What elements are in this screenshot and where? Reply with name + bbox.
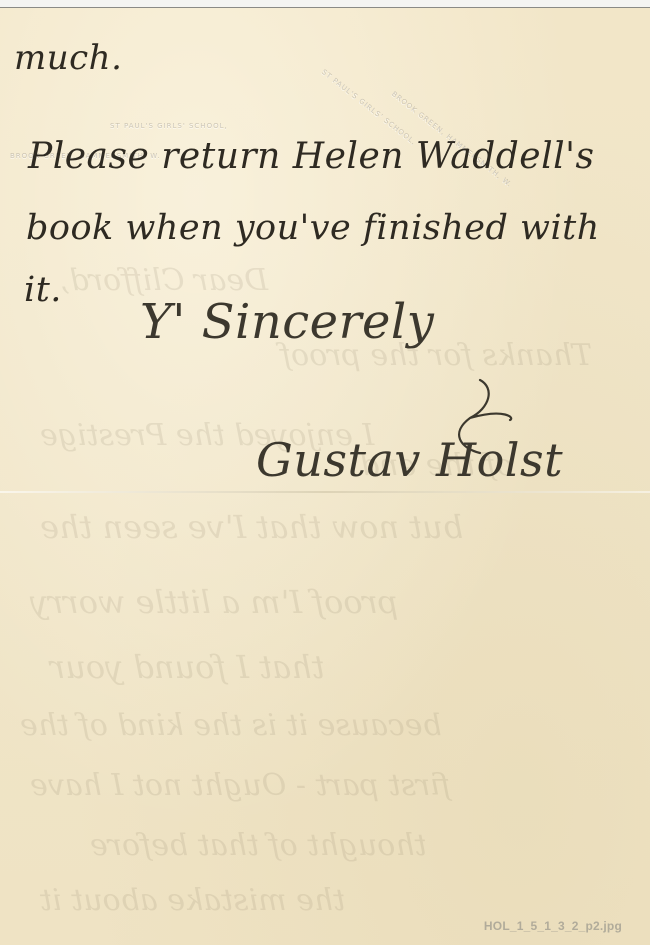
bleed-through-text: thought of that before	[90, 828, 427, 863]
letterhead-emboss: ST PAUL'S GIRLS' SCHOOL,	[110, 122, 228, 130]
letter-line: it.	[24, 270, 62, 310]
paper-sheet: Dear Clifford, Thanks for the proof I en…	[0, 8, 650, 945]
letter-line: Please return Helen Waddell's	[28, 136, 595, 177]
letterhead-emboss-diagonal: ST PAUL'S GIRLS' SCHOOL,	[320, 68, 418, 147]
bleed-through-text: that I found your	[50, 648, 325, 686]
bleed-through-text: but now that I've seen the	[40, 508, 463, 546]
letter-line: much.	[14, 38, 122, 78]
file-watermark: HOL_1_5_1_3_2_p2.jpg	[484, 919, 622, 933]
bleed-through-text: first part - Ought not I have	[30, 768, 450, 803]
bleed-through-text: proof I'm a little worry	[30, 583, 398, 621]
bleed-through-text: Dear Clifford,	[60, 263, 268, 298]
letter-closing: Y' Sincerely	[140, 294, 434, 350]
signature: Gustav Holst	[256, 433, 563, 487]
bleed-through-text: the mistake about it	[40, 883, 345, 918]
bleed-through-text: because it is the kind of the	[20, 708, 442, 743]
scanner-top-edge	[0, 0, 650, 8]
paper-fold-crease	[0, 491, 650, 493]
scanned-letter: Dear Clifford, Thanks for the proof I en…	[0, 0, 650, 945]
letter-line: book when you've finished with	[26, 208, 600, 248]
